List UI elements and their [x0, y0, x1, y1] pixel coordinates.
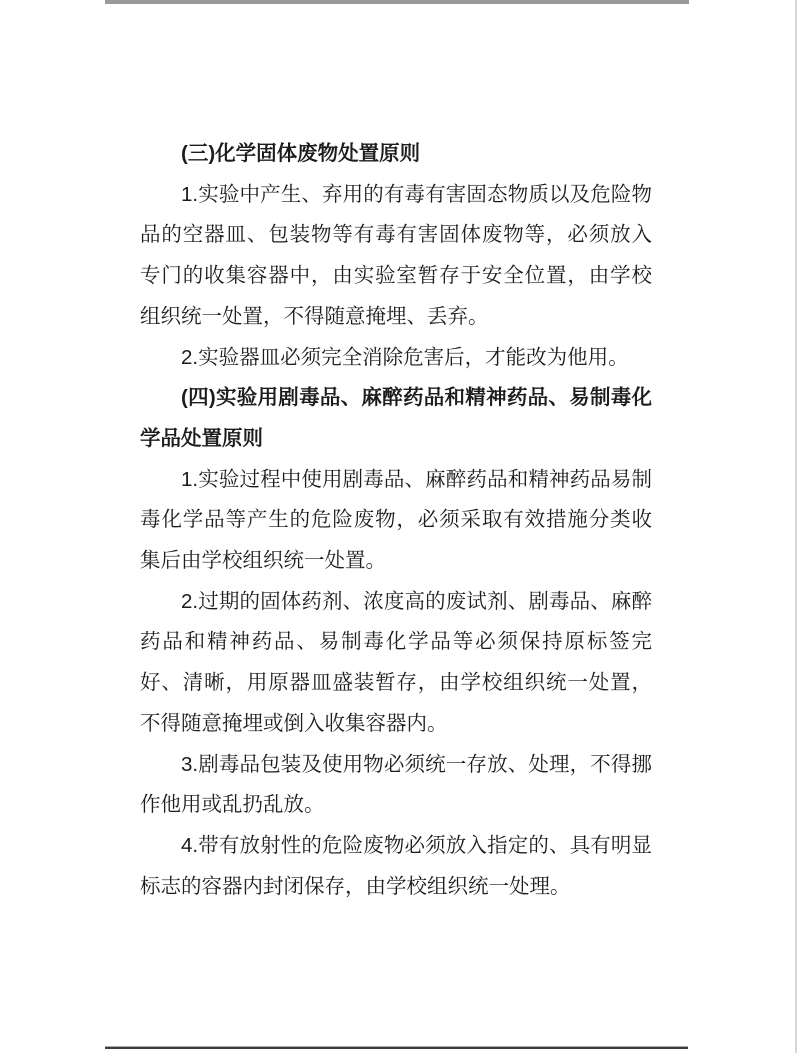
section-heading: (三)化学固体废物处置原则 — [140, 134, 652, 175]
body-paragraph: 4.带有放射性的危险废物必须放入指定的、具有明显标志的容器内封闭保存，由学校组织… — [140, 826, 652, 907]
body-paragraph: 1.实验过程中使用剧毒品、麻醉药品和精神药品易制毒化学品等产生的危险废物，必须采… — [140, 460, 652, 582]
page-top-edge-bar — [105, 0, 689, 4]
document-text: (三)化学固体废物处置原则1.实验中产生、弃用的有毒有害固态物质以及危险物品的空… — [140, 134, 652, 907]
body-paragraph: 1.实验中产生、弃用的有毒有害固态物质以及危险物品的空器皿、包装物等有毒有害固体… — [140, 175, 652, 338]
page-bottom-edge-line — [105, 1046, 688, 1049]
document-viewer-page: (三)化学固体废物处置原则1.实验中产生、弃用的有毒有害固态物质以及危险物品的空… — [0, 0, 800, 1053]
section-heading: (四)实验用剧毒品、麻醉药品和精神药品、易制毒化学品处置原则 — [140, 378, 652, 459]
body-paragraph: 3.剧毒品包装及使用物必须统一存放、处理，不得挪作他用或乱扔乱放。 — [140, 745, 652, 826]
body-paragraph: 2.过期的固体药剂、浓度高的废试剂、剧毒品、麻醉药品和精神药品、易制毒化学品等必… — [140, 582, 652, 745]
viewer-right-edge-line — [795, 0, 797, 1053]
body-paragraph: 2.实验器皿必须完全消除危害后，才能改为他用。 — [140, 338, 652, 379]
